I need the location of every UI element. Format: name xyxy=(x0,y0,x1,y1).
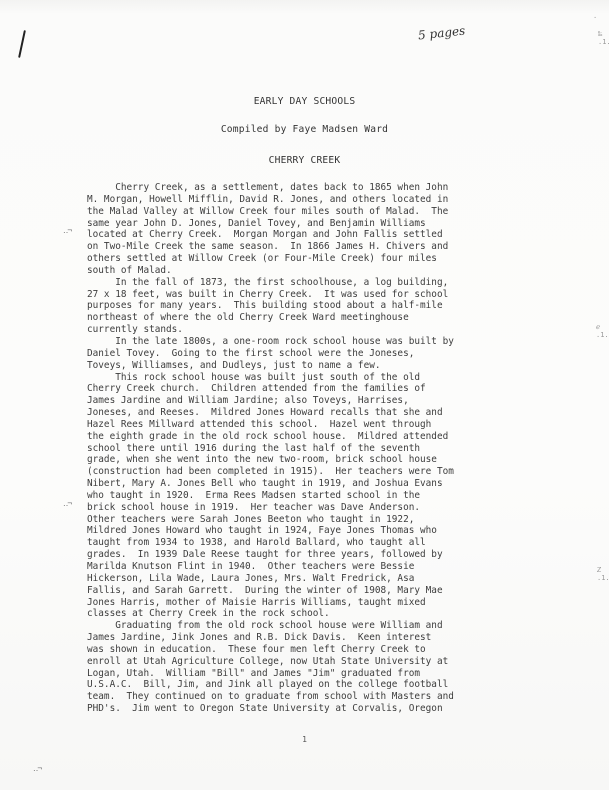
body-line: 27 x 18 feet, was built in Cherry Creek.… xyxy=(87,289,567,301)
body-line: who taught in 1920. Erma Rees Madsen sta… xyxy=(87,490,567,502)
document-body: Cherry Creek, as a settlement, dates bac… xyxy=(87,182,567,715)
body-line: brick school house in 1919. Her teacher … xyxy=(87,502,567,514)
scan-speck: Ꮓ.1. xyxy=(597,566,609,582)
body-line: Jones Harris, mother of Maisie Harris Wi… xyxy=(87,597,567,609)
body-line: taught from 1934 to 1938, and Harold Bal… xyxy=(87,537,567,549)
body-line: This rock school house was built just so… xyxy=(87,372,567,384)
margin-tick-mark: ‥¬ xyxy=(63,499,71,508)
body-line: In the late 1800s, a one-room rock schoo… xyxy=(87,336,567,348)
page-number: 1 xyxy=(0,735,609,744)
body-line: Hickerson, Lila Wade, Laura Jones, Mrs. … xyxy=(87,573,567,585)
body-line: on Two-Mile Creek the same season. In 18… xyxy=(87,241,567,253)
body-line: grade, when she went into the new two-ro… xyxy=(87,454,567,466)
section-heading: CHERRY CREEK xyxy=(0,155,609,166)
scan-speck: ℯ.1. xyxy=(596,323,609,339)
body-line: enroll at Utah Agriculture College, now … xyxy=(87,656,567,668)
body-line: same year John D. Jones, Daniel Tovey, a… xyxy=(87,218,567,230)
body-line: team. They continued on to graduate from… xyxy=(87,691,567,703)
margin-tick-mark: ‥¬ xyxy=(63,226,71,235)
body-line: Logan, Utah. William "Bill" and James "J… xyxy=(87,668,567,680)
body-line: James Jardine, Jink Jones and R.B. Dick … xyxy=(87,632,567,644)
scan-speck: · xyxy=(593,14,597,22)
document-byline: Compiled by Faye Madsen Ward xyxy=(0,124,609,135)
body-line: In the fall of 1873, the first schoolhou… xyxy=(87,277,567,289)
body-line: Joneses, and Reeses. Mildred Jones Howar… xyxy=(87,407,567,419)
body-line: Cherry Creek church. Children attended f… xyxy=(87,383,567,395)
margin-tick-mark: ‥¬ xyxy=(33,764,41,773)
body-line: U.S.A.C. Bill, Jim, and Jink all played … xyxy=(87,679,567,691)
body-line: northeast of where the old Cherry Creek … xyxy=(87,312,567,324)
body-line: Toveys, Williamses, and Dudleys, just to… xyxy=(87,360,567,372)
body-line: others settled at Willow Creek (or Four-… xyxy=(87,253,567,265)
body-line: James Jardine and William Jardine; also … xyxy=(87,395,567,407)
body-line: the eighth grade in the old rock school … xyxy=(87,431,567,443)
body-line: Daniel Tovey. Going to the first school … xyxy=(87,348,567,360)
body-line: classes at Cherry Creek in the rock scho… xyxy=(87,608,567,620)
body-line: purposes for many years. This building s… xyxy=(87,300,567,312)
body-line: located at Cherry Creek. Morgan Morgan a… xyxy=(87,229,567,241)
body-line: Cherry Creek, as a settlement, dates bac… xyxy=(87,182,567,194)
body-line: grades. In 1939 Dale Reese taught for th… xyxy=(87,549,567,561)
scan-speck: ‰.1. xyxy=(598,30,609,46)
body-line: Nibert, Mary A. Jones Bell who taught in… xyxy=(87,478,567,490)
body-line: currently stands. xyxy=(87,324,567,336)
body-line: PHD's. Jim went to Oregon State Universi… xyxy=(87,703,567,715)
body-line: was shown in education. These four men l… xyxy=(87,644,567,656)
body-line: the Malad Valley at Willow Creek four mi… xyxy=(87,206,567,218)
document-title: EARLY DAY SCHOOLS xyxy=(0,96,609,107)
body-line: Mildred Jones Howard who taught in 1924,… xyxy=(87,525,567,537)
body-line: Other teachers were Sarah Jones Beeton w… xyxy=(87,514,567,526)
body-line: Hazel Rees Millward attended this school… xyxy=(87,419,567,431)
body-line: M. Morgan, Howell Mifflin, David R. Jone… xyxy=(87,194,567,206)
body-line: Graduating from the old rock school hous… xyxy=(87,620,567,632)
body-line: south of Malad. xyxy=(87,265,567,277)
body-line: Fallis, and Sarah Garrett. During the wi… xyxy=(87,585,567,597)
body-line: Marilda Knutson Flint in 1940. Other tea… xyxy=(87,561,567,573)
body-line: (construction had been completed in 1915… xyxy=(87,466,567,478)
body-line: school there until 1916 during the last … xyxy=(87,443,567,455)
